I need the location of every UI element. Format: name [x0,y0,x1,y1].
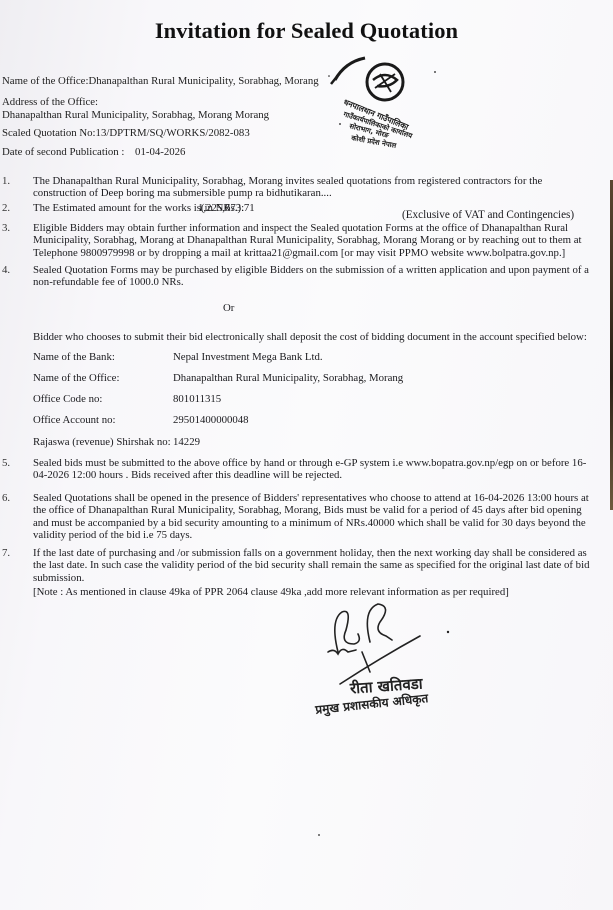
clause-3: 3. Eligible Bidders may obtain further i… [2,222,602,262]
bank-detail-label: Name of the Office: [33,372,119,384]
bank-detail-label: Name of the Bank: [33,351,115,363]
bank-detail-value: Dhanapalthan Rural Municipality, Sorabha… [173,372,403,384]
document-page: Invitation for Sealed Quotation Name of … [0,0,613,910]
bank-detail-value: 29501400000048 [173,414,249,426]
publication-date-row: Date of second Publication : 01-04-2026 [2,146,185,158]
official-seal-icon: धनपालथान गाउँपालिका गाउँकार्यपालिकाको का… [325,52,440,152]
clause-number: 7. [2,547,22,559]
bank-detail-label: Office Account no: [33,414,116,426]
clause-number: 3. [2,222,22,234]
publication-date: 01-04-2026 [135,146,185,158]
clause-text: Sealed Quotation Forms may be purchased … [33,264,598,289]
electronic-bid-text: Bidder who chooses to submit their bid e… [33,331,587,343]
address-value: Dhanapalthan Rural Municipality, Sorabha… [2,109,269,121]
clause-number: 4. [2,264,22,276]
clause-6: 6. Sealed Quotations shall be opened in … [2,492,602,544]
clause-text: Sealed Quotations shall be opened in the… [33,492,598,542]
clause-7: 7. If the last date of purchasing and /o… [2,547,602,587]
clause-text: The Dhanapalthan Rural Municipality, Sor… [33,175,598,200]
quotation-number: Scaled Quotation No:13/DPTRM/SQ/WORKS/20… [2,127,250,139]
bank-detail-value: Nepal Investment Mega Bank Ltd. [173,351,323,363]
clause-number: 5. [2,457,22,469]
address-label: Address of the Office: [2,96,98,108]
bank-detail-label: Office Code no: [33,393,102,405]
bank-detail-value: 14229 [173,436,200,448]
clause-1: 1. The Dhanapalthan Rural Municipality, … [2,175,602,201]
amount-note: (Exclusive of VAT and Contingencies) [402,209,574,221]
clause-number: 2. [2,202,22,214]
estimated-amount: 1,225,673.71 [198,202,255,214]
clause-text: If the last date of purchasing and /or s… [33,547,598,584]
clause-number: 6. [2,492,22,504]
clause-5: 5. Sealed bids must be submitted to the … [2,457,602,483]
clause-number: 1. [2,175,22,187]
office-name: Name of the Office:Dhanapalthan Rural Mu… [2,75,319,87]
bank-detail-label: Rajaswa (revenue) Shirshak no: [33,436,171,448]
clause-4: 4. Sealed Quotation Forms may be purchas… [2,264,602,290]
or-separator: Or [223,302,234,314]
bank-detail-value: 801011315 [173,393,221,405]
publication-label: Date of second Publication : [2,146,124,158]
clause-text: Eligible Bidders may obtain further info… [33,222,598,259]
clause-text: Sealed bids must be submitted to the abo… [33,457,598,482]
ppr-note: [Note : As mentioned in clause 49ka of P… [33,586,509,598]
speck [318,834,320,836]
document-title: Invitation for Sealed Quotation [0,18,613,44]
